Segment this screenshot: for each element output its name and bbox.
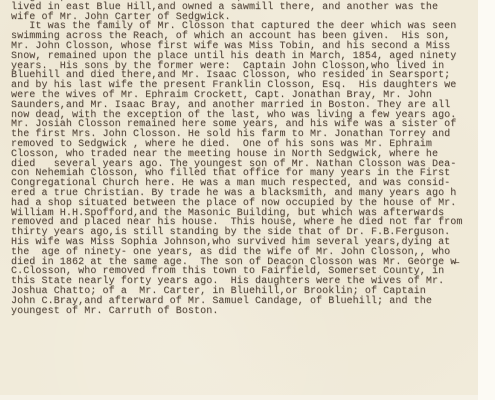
text-line: youngest of Mr. Carruth of Boston. — [11, 307, 476, 317]
paper-sheet: Sedgwick, one of whom was Mr. Closson, w… — [0, 0, 478, 400]
scan-edge-bottom — [0, 395, 478, 400]
typewritten-text: Sedgwick, one of whom was Mr. Closson, w… — [11, 0, 476, 316]
scan-edge-right — [478, 0, 495, 400]
document-scan: { "colors": { "paper": "#f1ebda", "ink":… — [0, 0, 495, 400]
